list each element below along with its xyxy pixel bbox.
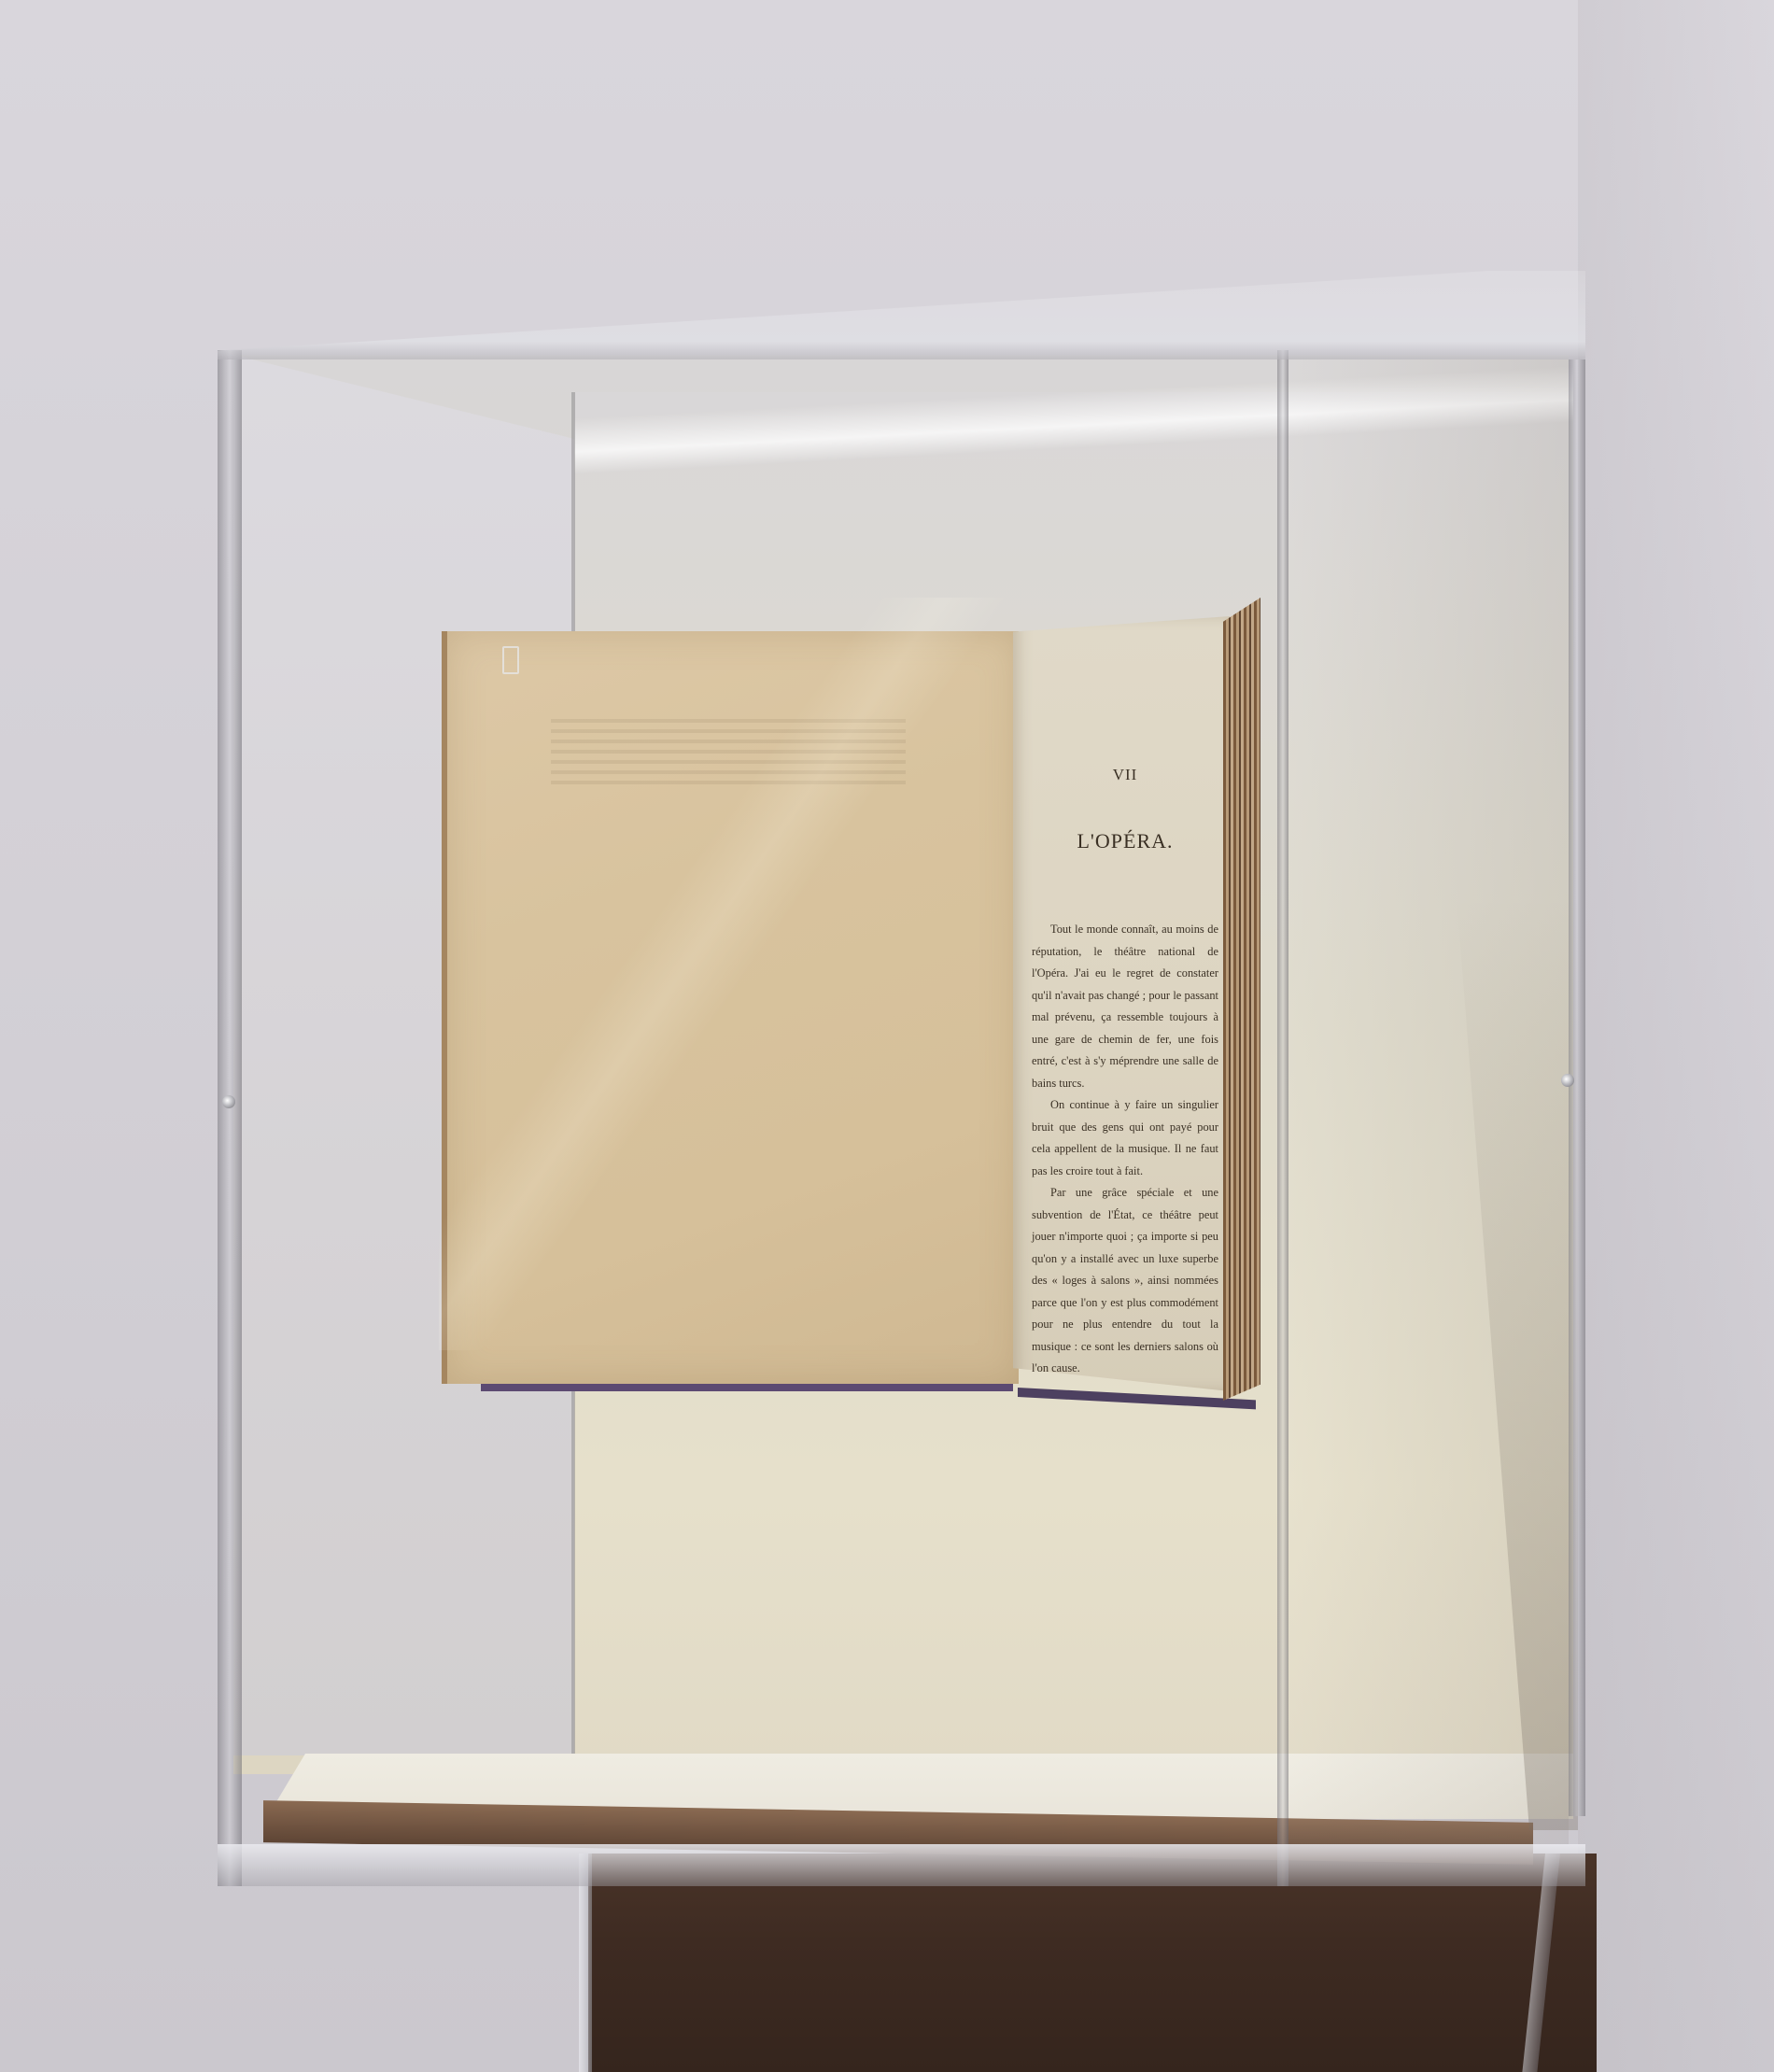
- book-fore-edge: [1223, 598, 1260, 1401]
- vitrine-edge-bottom: [218, 1844, 1585, 1886]
- paragraph: On continue à y faire un singulier bruit…: [1032, 1094, 1218, 1182]
- paragraph: Par une grâce spéciale et une subvention…: [1032, 1182, 1218, 1380]
- vitrine-edge-left: [218, 350, 242, 1886]
- chapter-number: VII: [1032, 766, 1218, 784]
- chapter-title: L'OPÉRA.: [1032, 829, 1218, 853]
- screw-icon: [1561, 1074, 1574, 1087]
- paragraph: Tout le monde connaît, au moins de réput…: [1032, 919, 1218, 1094]
- open-book: VII L'OPÉRA. Tout le monde connaît, au m…: [439, 598, 1260, 1410]
- pedestal: [588, 1854, 1597, 2072]
- book-cover-edge-right: [1018, 1388, 1256, 1409]
- wall-shade: [1578, 0, 1774, 2072]
- mounting-clip: [502, 646, 519, 674]
- book-cover-edge-left: [481, 1384, 1013, 1391]
- page-reflection: [439, 598, 1010, 1350]
- vitrine-edge-top: [218, 271, 1585, 359]
- pedestal-acrylic-leg-left: [579, 1854, 592, 2072]
- vitrine-edge-front-right: [1277, 350, 1288, 1886]
- vitrine-edge-right: [1569, 359, 1585, 1816]
- page-text: VII L'OPÉRA. Tout le monde connaît, au m…: [1032, 766, 1218, 1380]
- screw-icon: [222, 1095, 235, 1108]
